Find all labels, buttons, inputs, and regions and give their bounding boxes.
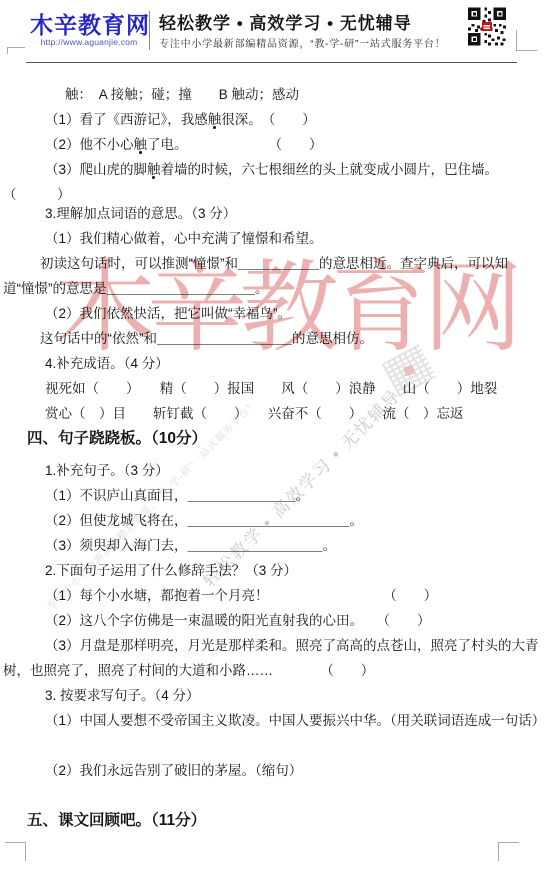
qr-code-graphic [468,7,506,46]
text-segment: （1）我们精心做着，心中充满了憧憬和希望。 [45,231,323,246]
emphasized-char: 触 [147,162,161,177]
doc-line: （2）他不小心触了电。 （ ） [3,132,543,157]
site-logo: 木辛教育网 [30,7,148,40]
document-body: 触： A 接触；碰；撞 B 触动；感动（1）看了《西游记》，我感触很深。 （ ）… [3,82,543,833]
text-segment: 着墙的时候，六七根细丝的头上就变成小圆片，巴住墙。 [161,162,499,177]
test-paper-page: 木辛教育网 轻松教学 • 高效学习 • 无忧辅导 专注中小学最新部编精品资源，“… [0,0,545,869]
doc-line: 树，也照亮了，照亮了村间的大道和小路…… （ ） [3,658,543,683]
doc-line: 赏心（ ）目 斩钉截（ ） 兴奋不（ ） 流（ ）忘返 [3,401,543,426]
text-segment: 3. 按要求写句子。（4 分） [45,688,200,703]
doc-line: （1）看了《西游记》，我感触很深。 （ ） [3,107,543,132]
doc-line: 2.下面句子运用了什么修辞手法？（3 分） [3,558,543,583]
text-segment: 触： A 接触；碰；撞 B 触动；感动 [65,87,299,102]
crop-mark-bottom-left [5,842,26,861]
blank-line [3,783,543,808]
doc-line: （1）每个小水塘，都抱着一个月亮！ （ ） [3,583,543,608]
doc-line: 视死如（ ） 精（ ）报国 风（ ）浪静 山（ ）地裂 [3,376,543,401]
text-segment: 树，也照亮了，照亮了村间的大道和小路…… （ ） [3,663,374,678]
doc-line: 道“憧憬”的意思是＿＿＿＿＿＿＿＿＿＿＿。 [3,276,543,301]
qr-code-icon [468,7,506,46]
doc-line: （2）我们永远告别了破旧的茅屋。（缩句） [3,758,543,783]
doc-line: 3. 按要求写句子。（4 分） [3,683,543,708]
text-segment: 这句话中的“依然”和＿＿＿＿＿＿＿＿＿＿的意思相仿。 [40,331,373,346]
text-segment: 五、课文回顾吧。（11分） [27,812,206,829]
crop-mark-bottom-right [498,842,519,861]
header-divider [149,11,150,50]
text-segment: 赏心（ ）目 斩钉截（ ） 兴奋不（ ） 流（ ）忘返 [45,406,464,421]
blank-line [3,733,543,758]
doc-line: （2）我们依然快活，把它叫做“幸福鸟”。 [3,301,543,326]
text-segment: （ ） [3,187,71,202]
doc-line: （1）中国人要想不受帝国主义欺凌。中国人要振兴中华。（用关联词语连成一句话） [3,708,543,733]
emphasized-char: 触 [208,112,222,127]
doc-line: （2）但使龙城飞将在，＿＿＿＿＿＿＿＿＿＿＿＿。 [3,508,543,533]
doc-line: （1）我们精心做着，心中充满了憧憬和希望。 [3,226,543,251]
text-segment: （1）不识庐山真面目，＿＿＿＿＿＿＿＿。 [45,488,309,503]
header-tagline: 轻松教学 • 高效学习 • 无忧辅导 [159,9,412,34]
section-heading: 四、句子跷跷板。（10分） [3,426,543,451]
section-heading: 五、课文回顾吧。（11分） [3,808,543,833]
header: 木辛教育网 http://www.aguanjie.com 轻松教学 • 高效学… [0,0,545,63]
doc-line: （3）爬山虎的脚触着墙的时候，六七根细丝的头上就变成小圆片，巴住墙。 [3,157,543,182]
doc-line: （3）须臾却入海门去，＿＿＿＿＿＿＿＿＿＿。 [3,533,543,558]
doc-line: （1）不识庐山真面目，＿＿＿＿＿＿＿＿。 [3,483,543,508]
text-segment: 2.下面句子运用了什么修辞手法？（3 分） [45,563,297,578]
text-segment: 很深。 （ ） [221,112,316,127]
text-segment: （3）须臾却入海门去，＿＿＿＿＿＿＿＿＿＿。 [45,538,336,553]
site-url: http://www.aguanjie.com [30,37,148,47]
text-segment: 4.补充成语。（4 分） [45,356,169,371]
doc-line: 3.理解加点词语的意思。（3 分） [3,201,543,226]
header-subtitle: 专注中小学最新部编精品资源，“教-学-研”一站式服务平台！ [159,35,446,50]
text-segment: 了电。 （ ） [147,137,323,152]
doc-line: 这句话中的“依然”和＿＿＿＿＿＿＿＿＿＿的意思相仿。 [3,326,543,351]
emphasized-char: 触 [134,137,148,152]
text-segment: 初读这句话时，可以推测“憧憬”和＿＿＿＿＿＿的意思相近。查字典后，可以知 [40,256,508,271]
text-segment: （3）爬山虎的脚 [45,162,147,177]
doc-line: 4.补充成语。（4 分） [3,351,543,376]
crop-mark-top-left [7,47,25,54]
text-segment: （1）中国人要想不受帝国主义欺凌。中国人要振兴中华。（用关联词语连成一句话） [45,713,545,728]
text-segment: （2）他不小心 [45,137,134,152]
crop-mark-top-right [516,30,537,51]
text-segment: （3）月盘是那样明亮，月光是那样柔和。照亮了高高的点苍山，照亮了村头的大青 [45,638,539,653]
doc-line: （2）这八个字仿佛是一束温暖的阳光直射我的心田。 （ ） [3,608,543,633]
text-segment: （2）这八个字仿佛是一束温暖的阳光直射我的心田。 （ ） [45,613,431,628]
doc-line: 1.补充句子。（3 分） [3,458,543,483]
text-segment: （1）看了《西游记》，我感 [45,112,208,127]
doc-line: 触： A 接触；碰；撞 B 触动；感动 [3,82,543,107]
doc-line: （3）月盘是那样明亮，月光是那样柔和。照亮了高高的点苍山，照亮了村头的大青 [3,633,543,658]
text-segment: （2）我们依然快活，把它叫做“幸福鸟”。 [45,306,291,321]
text-segment: （1）每个小水塘，都抱着一个月亮！ （ ） [45,588,437,603]
text-segment: （2）我们永远告别了破旧的茅屋。（缩句） [45,763,302,778]
text-segment: 道“憧憬”的意思是＿＿＿＿＿＿＿＿＿＿＿。 [3,281,269,296]
text-segment: 视死如（ ） 精（ ）报国 风（ ）浪静 山（ ）地裂 [45,381,497,396]
text-segment: 1.补充句子。（3 分） [45,463,169,478]
doc-line: 初读这句话时，可以推测“憧憬”和＿＿＿＿＿＿的意思相近。查字典后，可以知 [3,251,543,276]
header-rule [26,62,517,63]
text-segment: （2）但使龙城飞将在，＿＿＿＿＿＿＿＿＿＿＿＿。 [45,513,363,528]
text-segment: 3.理解加点词语的意思。（3 分） [45,206,236,221]
text-segment: 四、句子跷跷板。（10分） [27,430,207,447]
